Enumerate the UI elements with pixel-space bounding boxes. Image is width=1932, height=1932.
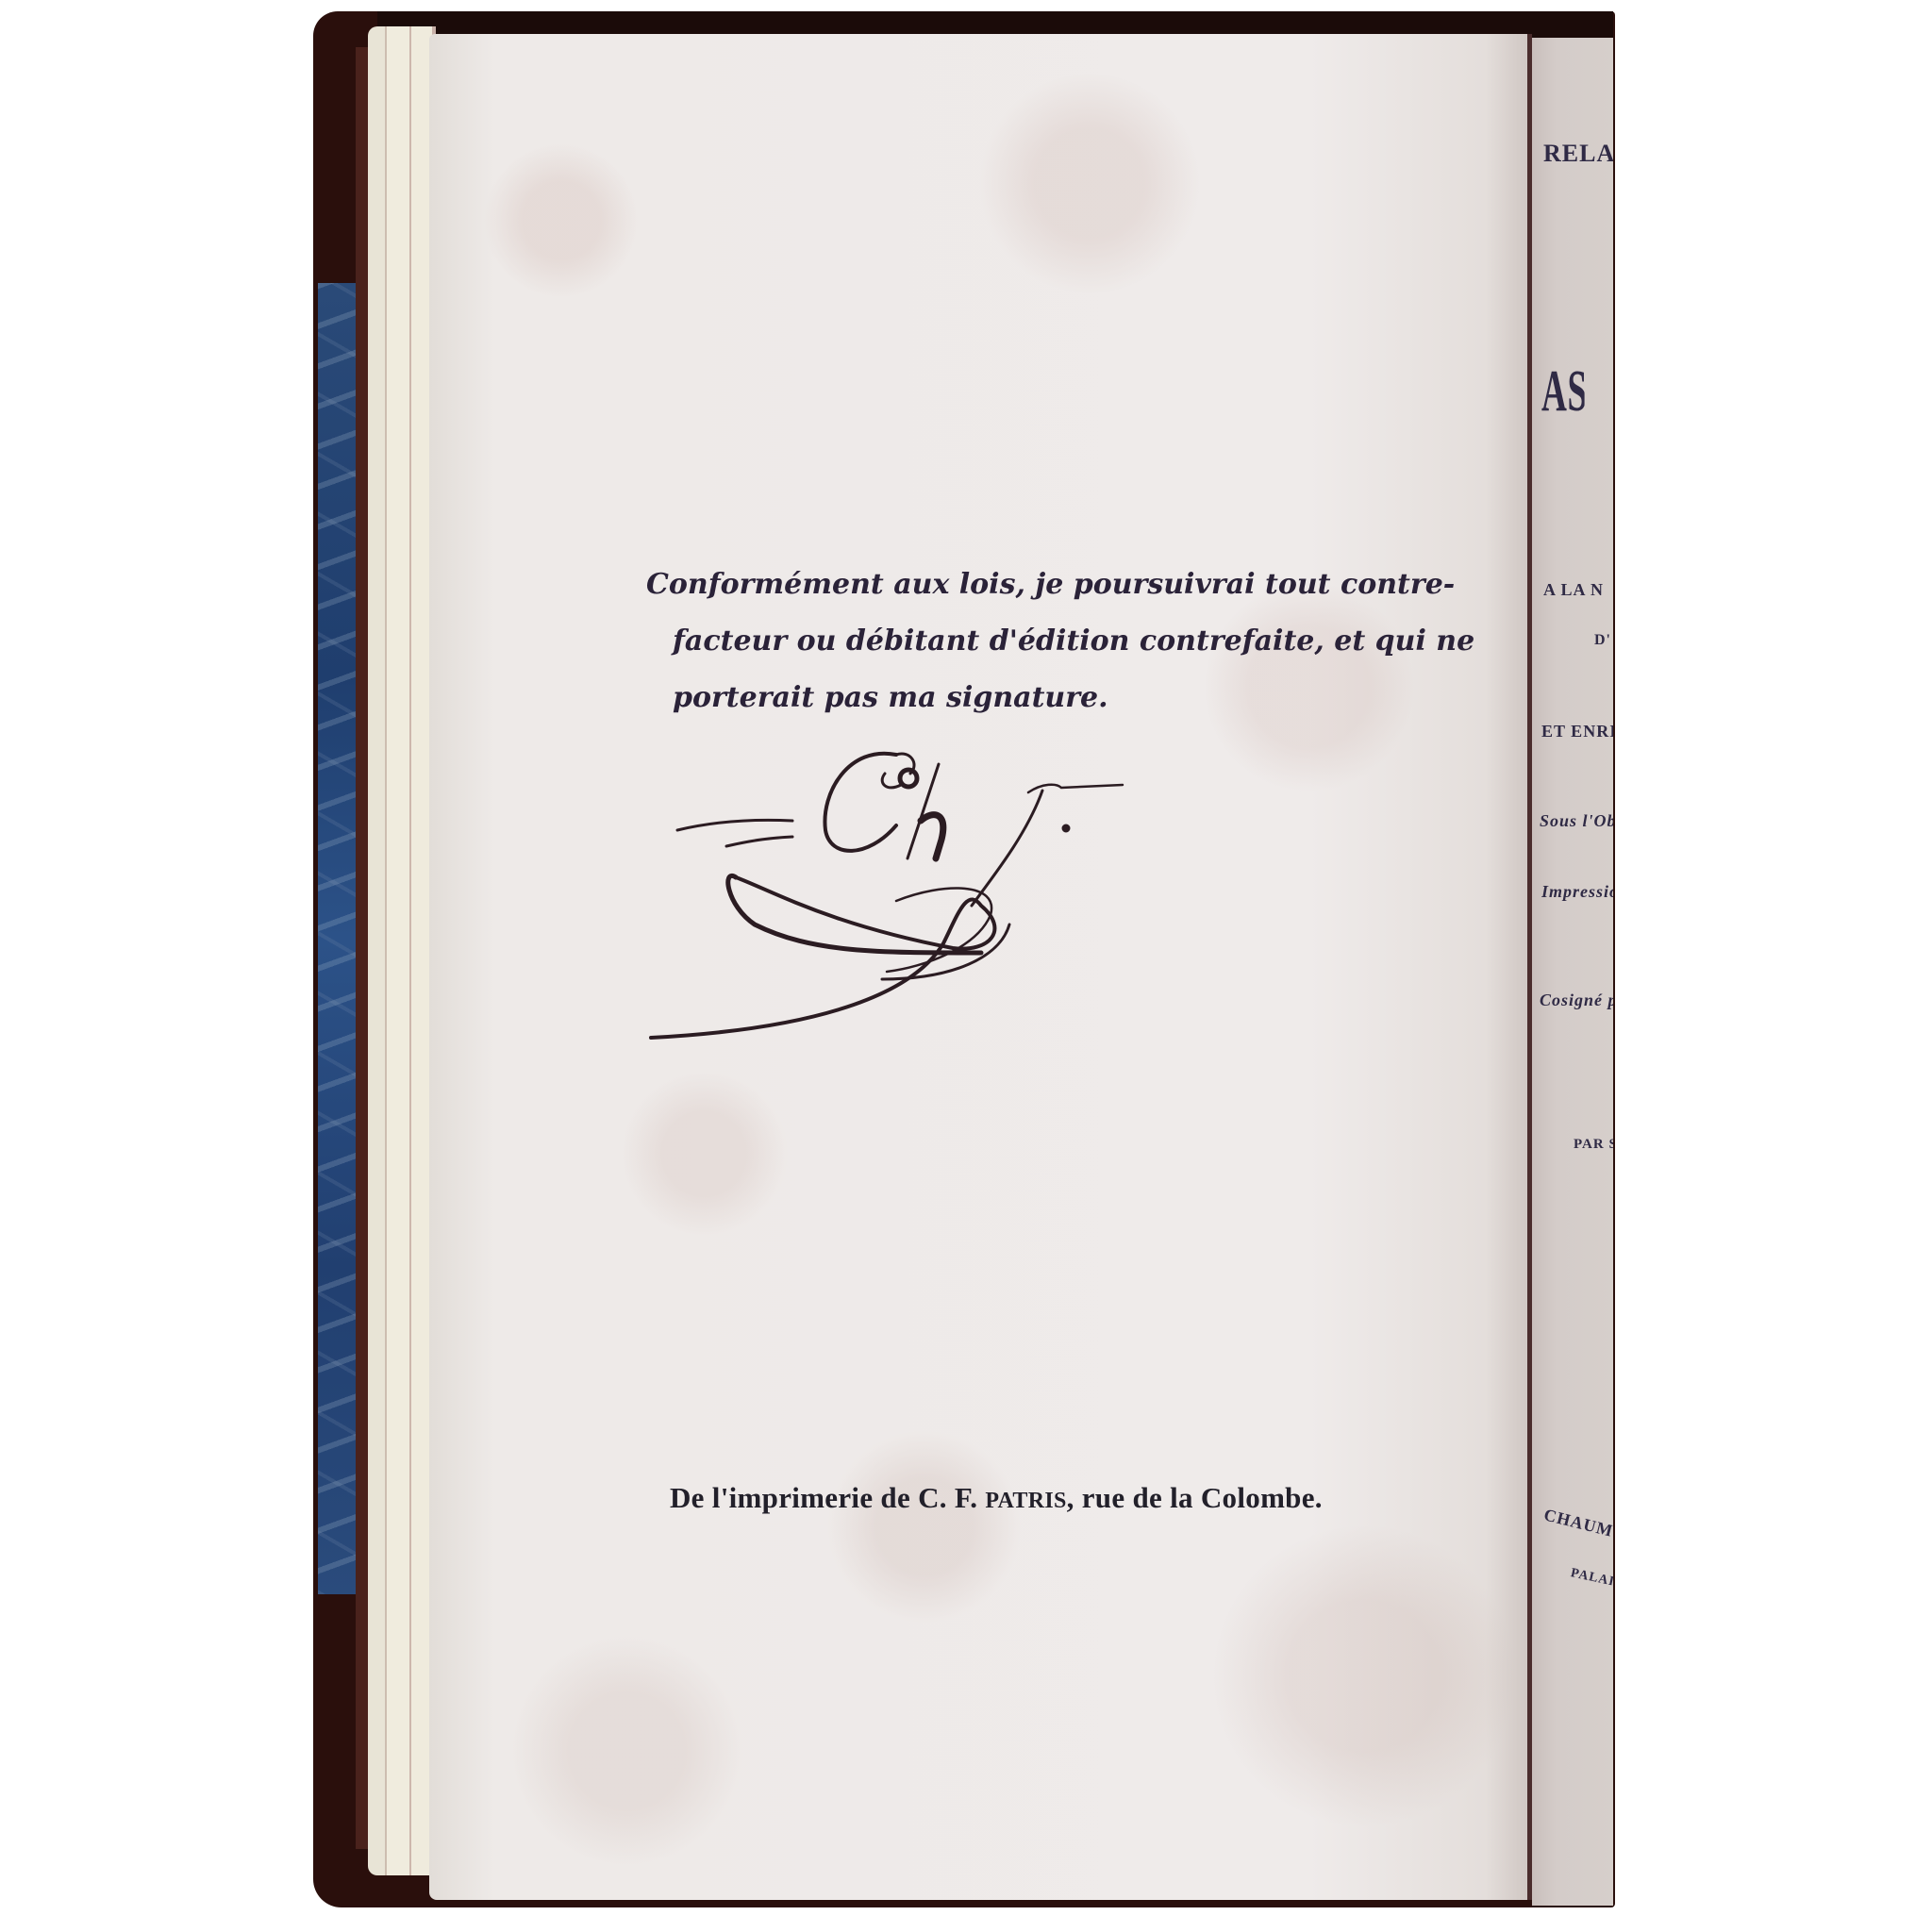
right-facing-page xyxy=(1532,38,1613,1906)
notice-line-1: Conformément aux lois, je poursuivrai to… xyxy=(646,557,1457,613)
handwritten-signature xyxy=(641,726,1358,1057)
notice-line-2: facteur ou débitant d'édition contrefait… xyxy=(646,613,1457,670)
facing-title-fragment-1: RELA xyxy=(1543,140,1613,168)
page-edges xyxy=(368,26,436,1875)
facing-text-fragment-4: D' xyxy=(1594,632,1613,649)
notice-line-3: porterait pas ma signature. xyxy=(646,670,1457,726)
facing-text-fragment-6: Sous l'Obs xyxy=(1540,811,1613,831)
facing-text-fragment-9: PAR SAINT xyxy=(1574,1137,1613,1153)
copyright-notice: Conformément aux lois, je poursuivrai to… xyxy=(646,557,1457,726)
signature-flourish-icon xyxy=(641,726,1358,1057)
facing-text-fragment-8: Cosigné par xyxy=(1540,991,1613,1010)
imprint-suffix: , rue de la Colombe. xyxy=(1067,1481,1323,1514)
imprint-prefix: De l'imprimerie de C. F. xyxy=(670,1481,985,1514)
imprint-printer-name: Patris xyxy=(985,1489,1066,1513)
facing-title-fragment-2: ASA xyxy=(1541,358,1585,425)
facing-text-fragment-3: A LA N xyxy=(1543,580,1613,600)
printer-imprint: De l'imprimerie de C. F. Patris, rue de … xyxy=(670,1481,1323,1515)
marbled-spine xyxy=(318,283,356,1594)
facing-text-fragment-7: Impression d xyxy=(1541,882,1613,902)
facing-text-fragment-5: ET ENRICHIE xyxy=(1541,722,1613,741)
